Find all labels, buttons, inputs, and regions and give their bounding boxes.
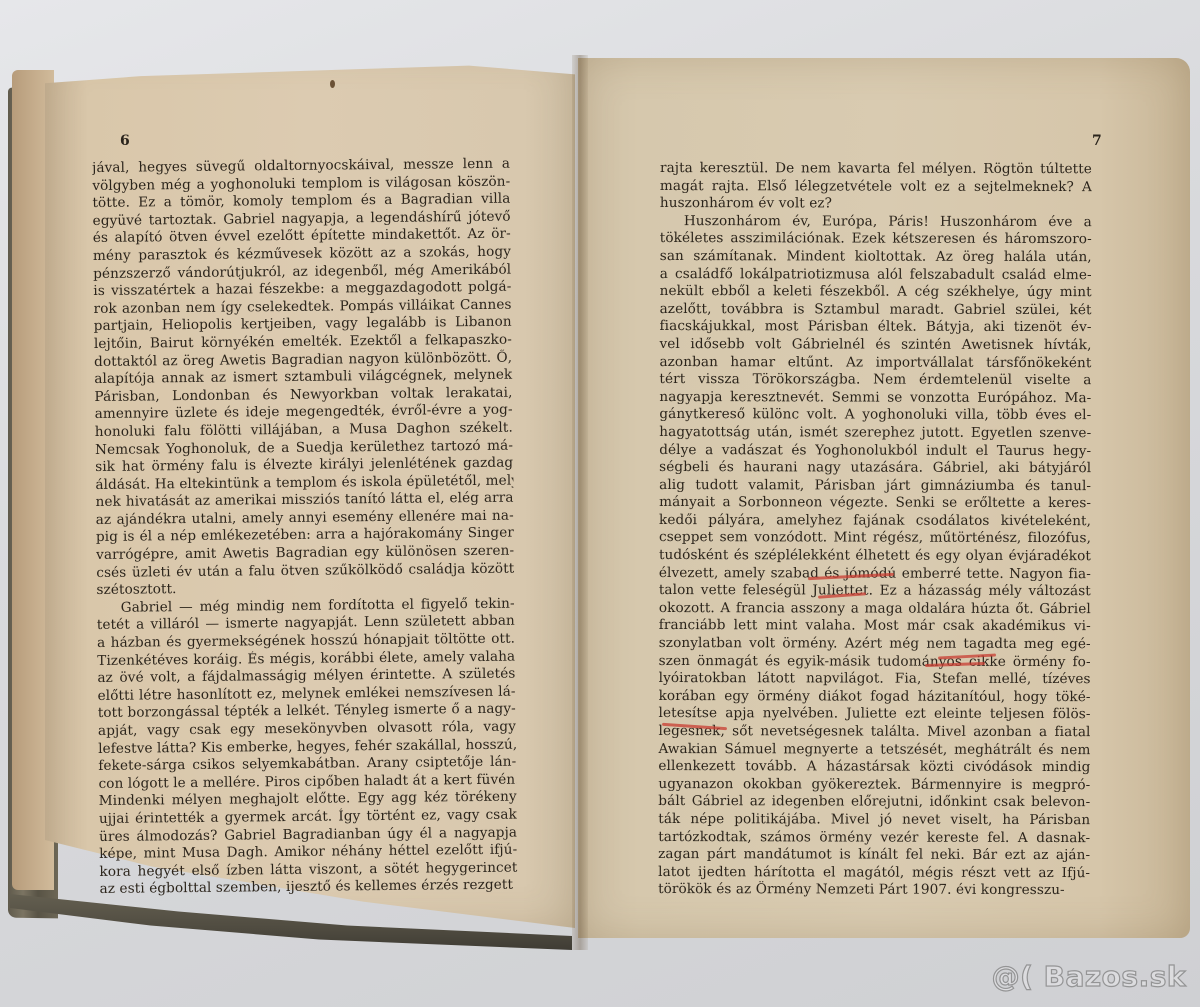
page-number-right: 7 bbox=[1092, 133, 1102, 149]
text-line: nagyapja keresztnevét. Semmi se vonzotta… bbox=[659, 389, 1091, 408]
text-line: Huszonhárom év, Európa, Páris! Huszonhár… bbox=[660, 213, 1092, 232]
text-line: ségbeli és haurani nagy utazására. Gábri… bbox=[659, 459, 1091, 478]
text-line: tökéletes asszimilációnak. Ezek kétszere… bbox=[660, 230, 1092, 249]
text-line: legesnek, sőt nevetségesnek találta. Miv… bbox=[658, 723, 1090, 742]
text-line: Awakian Sámuel megnyerte a tetszését, me… bbox=[658, 741, 1090, 760]
text-line: a családfő lokálpatriotizmusa alól felsz… bbox=[660, 266, 1092, 285]
text-line: szen önmagát és egyik-másik tudományos c… bbox=[659, 653, 1091, 672]
text-line: alig tudott valamit, Párisban járt gimná… bbox=[659, 477, 1091, 496]
text-line: törökök és az Örmény Nemzeti Párt 1907. … bbox=[658, 881, 1090, 900]
paper-stain bbox=[330, 80, 335, 88]
text-line: ellenkezett tovább. A házastársak közti … bbox=[658, 758, 1090, 777]
right-page-text: rajta keresztül. De nem kavarta fel mély… bbox=[658, 160, 1092, 900]
text-line: talon vette feleségül Juliettet. Ez a há… bbox=[659, 582, 1091, 601]
text-line: letesítse apja nyelvében. Juliette ezt e… bbox=[659, 705, 1091, 724]
text-line: tudósként és széplélekként élhetett és e… bbox=[659, 547, 1091, 566]
text-line: cseppet sem vonzódott. Mint régész, műtö… bbox=[659, 529, 1091, 548]
text-line: hagyatottság után, ismét szerephez jutot… bbox=[659, 424, 1091, 443]
text-line: mányait a Sorbonneon végezte. Senki se e… bbox=[659, 494, 1091, 513]
watermark-bazos: @( Bazos.sk bbox=[992, 960, 1186, 993]
text-line: franciább lett mint valaha. Most már csa… bbox=[659, 617, 1091, 636]
page-number-left: 6 bbox=[120, 133, 130, 149]
text-line: bált Gábriel az idegenben előrejutni, id… bbox=[658, 793, 1090, 812]
text-line: délye a vadászat és Yoghonolukból indult… bbox=[659, 441, 1091, 460]
text-line: ugyanazon okokban gyökereztek. Bármennyi… bbox=[658, 776, 1090, 795]
left-page-text: jával, hegyes süvegű oldaltornyocskáival… bbox=[92, 156, 518, 899]
text-line: szonylatban volt örmény. Azért még nem t… bbox=[659, 635, 1091, 654]
text-line: zagan párt mandátumot is kínált fel neki… bbox=[658, 846, 1090, 865]
text-line: kedői pályára, amelyhez fajának csodálat… bbox=[659, 512, 1091, 531]
text-line: vel idősebb volt Gábrielnél és szintén A… bbox=[659, 336, 1091, 355]
text-line: huszonhárom év volt ez? bbox=[660, 195, 1092, 214]
text-line: san számítanak. Mindent kioltottak. Az ö… bbox=[660, 248, 1092, 267]
text-line: fiacskájukkal, most Párisban éltek. Báty… bbox=[660, 318, 1092, 337]
text-line: rajta keresztül. De nem kavarta fel mély… bbox=[660, 160, 1092, 179]
text-line: gánytkereső különc volt. A yoghonoluki v… bbox=[659, 406, 1091, 425]
text-line: okozott. A francia asszony a maga oldalá… bbox=[659, 600, 1091, 619]
text-line: korában egy örmény diákot fogad házitaní… bbox=[659, 688, 1091, 707]
text-line: nekült ebből a keleti fészekből. A cég s… bbox=[660, 283, 1092, 302]
text-line: latot ijedten hárította el magától, mégi… bbox=[658, 864, 1090, 883]
text-line: tért vissza Törökországba. Nem érdemtele… bbox=[659, 371, 1091, 390]
text-line: ták népe politikájába. Mivel jó nevet vi… bbox=[658, 811, 1090, 830]
text-line: tartózkodtak, számos örmény vezér kerest… bbox=[658, 829, 1090, 848]
text-line: azonban hamar eltűnt. Az importvállalat … bbox=[659, 354, 1091, 373]
text-line: lyóiratokban látott napvilágot. Fia, Ste… bbox=[659, 670, 1091, 689]
book-spine-gutter bbox=[572, 55, 588, 950]
text-line: azelőtt, továbbra is Sztambul maradt. Ga… bbox=[660, 301, 1092, 320]
open-book: 6 7 jával, hegyes süvegű oldaltornyocská… bbox=[0, 0, 1200, 1007]
text-line: magát rajta. Első lélegzetvétele volt ez… bbox=[660, 178, 1092, 197]
